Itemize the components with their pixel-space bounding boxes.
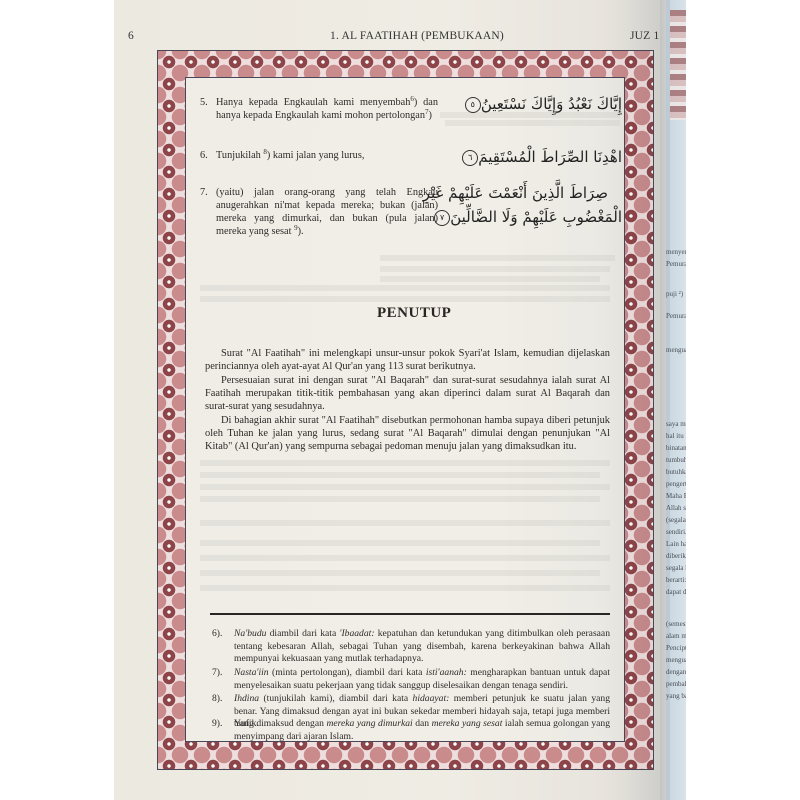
bleed-through-line bbox=[200, 296, 610, 302]
paragraph-text: Persesuaian surat ini dengan surat "Al B… bbox=[205, 375, 610, 412]
translation-text: Tunjukilah bbox=[216, 150, 263, 161]
next-page-fragment: hal itu hend bbox=[666, 432, 686, 440]
verse-5-arabic: إِيَّاكَ نَعْبُدُ وَإِيَّاكَ نَسْتَعِينُ… bbox=[462, 95, 622, 113]
footnote-text-part: (minta pertolongan), diambil dari kata bbox=[269, 667, 426, 678]
translation-text: (yaitu) jalan orang-orang yang telah Eng… bbox=[216, 187, 438, 237]
next-page-fragment: dapat dipakai bbox=[666, 588, 686, 596]
footnote-6: 6). Na'budu diambil dari kata 'Ibaadat: … bbox=[212, 628, 610, 666]
next-page-edge: menyembahPemurah lagipuji ²)Pemurah lagi… bbox=[666, 0, 686, 800]
footnote-divider bbox=[210, 613, 610, 615]
footnote-source-word: hidaayat: bbox=[413, 693, 450, 704]
footnote-text: Nasta'iin (minta pertolongan), diambil d… bbox=[234, 667, 610, 692]
footnote-term: Nasta'iin bbox=[234, 667, 269, 678]
next-page-fragment: butuhkan-Nya. bbox=[666, 468, 686, 476]
footnote-term: mereka yang dimurkai bbox=[326, 718, 412, 729]
juz-label: JUZ 1 bbox=[630, 30, 659, 42]
next-page-fragment: sendiri. bbox=[666, 528, 686, 536]
verse-translation: Hanya kepada Engkaulah kami menyembah6) … bbox=[216, 96, 438, 122]
verse-7-arabic-line1: صِرَاطَ الَّذِينَ أَنْعَمْتَ عَلَيْهِمْ … bbox=[423, 184, 608, 202]
next-page-fragment: alam manusi bbox=[666, 632, 686, 640]
next-page-fragment: berarti: Tuh bbox=[666, 576, 686, 584]
next-page-fragment: pengertian, ba bbox=[666, 480, 686, 488]
next-page-fragment: Allah selalu me bbox=[666, 504, 686, 512]
verse-6: 6. Tunjukilah 8) kami jalan yang lurus, bbox=[200, 149, 440, 165]
footnote-term: Ihdina bbox=[234, 693, 259, 704]
footnote-7: 7). Nasta'iin (minta pertolongan), diamb… bbox=[212, 667, 610, 693]
bleed-through-line bbox=[200, 472, 600, 478]
footnote-text-part: Yang dimaksud dengan bbox=[234, 718, 326, 729]
page-number: 6 bbox=[128, 30, 134, 42]
footnote-text: Yang dimaksud dengan mereka yang dimurka… bbox=[234, 718, 610, 743]
translation-text: ). bbox=[298, 226, 304, 237]
verse-number: 5. bbox=[200, 96, 208, 109]
next-page-fragment: binatang un bbox=[666, 444, 686, 452]
verse-5: 5. Hanya kepada Engkaulah kami menyembah… bbox=[200, 96, 440, 136]
ayah-marker-icon: ٥ bbox=[465, 97, 481, 113]
footnote-9: 9). Yang dimaksud dengan mereka yang dim… bbox=[212, 718, 610, 744]
next-page-fragment: Lain halnya d bbox=[666, 540, 686, 548]
next-page-fragment: Maha Penyayang bbox=[666, 492, 686, 500]
next-page-fragment: segala kebaikan bbox=[666, 564, 686, 572]
footnote-number: 9). bbox=[212, 718, 222, 731]
next-page-fragment: tumbuh dengan bbox=[666, 456, 686, 464]
next-page-fragment: menguasai), de bbox=[666, 656, 686, 664]
next-page-fragment: Pemurah lagi bbox=[666, 260, 686, 268]
footnote-text-part: diambil dari kata bbox=[266, 628, 339, 639]
paragraph-text: Di bahagian akhir surat "Al Faatihah" di… bbox=[205, 415, 610, 452]
translation-text: ) bbox=[429, 110, 432, 121]
bleed-through-line bbox=[380, 255, 615, 261]
bleed-through-line bbox=[200, 484, 610, 490]
next-page-fragment: (semesta alam): se bbox=[666, 620, 686, 628]
verse-translation: (yaitu) jalan orang-orang yang telah Eng… bbox=[216, 186, 438, 238]
arabic-text: إِيَّاكَ نَعْبُدُ وَإِيَّاكَ نَسْتَعِينُ bbox=[481, 95, 622, 113]
closing-paragraph-1: Surat "Al Faatihah" ini melengkapi unsur… bbox=[205, 347, 610, 373]
footnote-source-word: isti'aanah: bbox=[426, 667, 467, 678]
next-page-fragment: diberikannya. bbox=[666, 552, 686, 560]
bleed-through-line bbox=[380, 266, 610, 272]
closing-paragraph-2: Persesuaian surat ini dengan surat "Al B… bbox=[205, 374, 610, 414]
bleed-through-line bbox=[200, 460, 610, 466]
bleed-through-line bbox=[200, 555, 610, 561]
bleed-through-line bbox=[200, 570, 600, 576]
closing-paragraph-3: Di bahagian akhir surat "Al Faatihah" di… bbox=[205, 414, 610, 454]
arabic-text: اهْدِنَا الصِّرَاطَ الْمُسْتَقِيمَ bbox=[478, 148, 622, 166]
next-page-fragment: Pencipta semu bbox=[666, 644, 686, 652]
footnote-text: Na'budu diambil dari kata 'Ibaadat: kepa… bbox=[234, 628, 610, 666]
next-page-fragment: Pemurah lagi bbox=[666, 312, 686, 320]
verse-number: 7. bbox=[200, 186, 208, 199]
ayah-marker-icon: ٦ bbox=[462, 150, 478, 166]
paragraph-text: Surat "Al Faatihah" ini melengkapi unsur… bbox=[205, 348, 610, 372]
footnote-number: 6). bbox=[212, 628, 222, 641]
ayah-marker-icon: ٧ bbox=[434, 210, 450, 226]
verse-number: 6. bbox=[200, 149, 208, 162]
next-page-fragment: saya memulai bbox=[666, 420, 686, 428]
arabic-text: صِرَاطَ الَّذِينَ أَنْعَمْتَ عَلَيْهِمْ … bbox=[423, 184, 608, 202]
next-page-fragment: yang baik bbox=[666, 692, 686, 700]
next-page-fragment: menyembah bbox=[666, 248, 686, 256]
footnote-source-word: 'Ibaadat: bbox=[339, 628, 374, 639]
verse-6-arabic: اهْدِنَا الصِّرَاطَ الْمُسْتَقِيمَ٦ bbox=[459, 148, 622, 166]
chapter-title: 1. AL FAATIHAH (PEMBUKAAN) bbox=[330, 30, 504, 42]
verse-7-arabic-line2: الْمَغْضُوبِ عَلَيْهِمْ وَلَا الضَّالِّي… bbox=[431, 208, 622, 226]
translation-text: ) kami jalan yang lurus, bbox=[267, 150, 365, 161]
bleed-through-line bbox=[200, 540, 600, 546]
bleed-through-line bbox=[200, 285, 610, 291]
next-page-fragment: menguasai ⁴) bbox=[666, 346, 686, 354]
bleed-through-line bbox=[445, 120, 620, 126]
translation-text: Hanya kepada Engkaulah kami menyembah bbox=[216, 97, 410, 108]
next-page-fragment: puji ²) bbox=[666, 290, 683, 298]
bleed-through-line bbox=[200, 496, 600, 502]
footnote-text-part: (tunjukilah kami), diambil dari kata bbox=[259, 693, 412, 704]
verse-translation: Tunjukilah 8) kami jalan yang lurus, bbox=[216, 149, 446, 162]
verse-7: 7. (yaitu) jalan orang-orang yang telah … bbox=[200, 186, 440, 240]
footnote-8: 8). Ihdina (tunjukilah kami), diambil da… bbox=[212, 693, 610, 719]
bleed-through-line bbox=[200, 520, 610, 526]
footnote-number: 8). bbox=[212, 693, 222, 706]
footnote-text-part: dan bbox=[413, 718, 432, 729]
footnote-number: 7). bbox=[212, 667, 222, 680]
footnote-term: Na'budu bbox=[234, 628, 266, 639]
next-page-fragment: dengan Malik bbox=[666, 668, 686, 676]
next-page-ornament bbox=[670, 10, 686, 120]
arabic-text: الْمَغْضُوبِ عَلَيْهِمْ وَلَا الضَّالِّي… bbox=[450, 208, 622, 226]
footnote-term: mereka yang sesat bbox=[432, 718, 503, 729]
bleed-through-line bbox=[200, 585, 610, 591]
bleed-through-line bbox=[380, 276, 600, 282]
next-page-fragment: (segala puji). Me bbox=[666, 516, 686, 524]
next-page-fragment: pembalasan): bbox=[666, 680, 686, 688]
section-heading: PENUTUP bbox=[377, 305, 451, 322]
